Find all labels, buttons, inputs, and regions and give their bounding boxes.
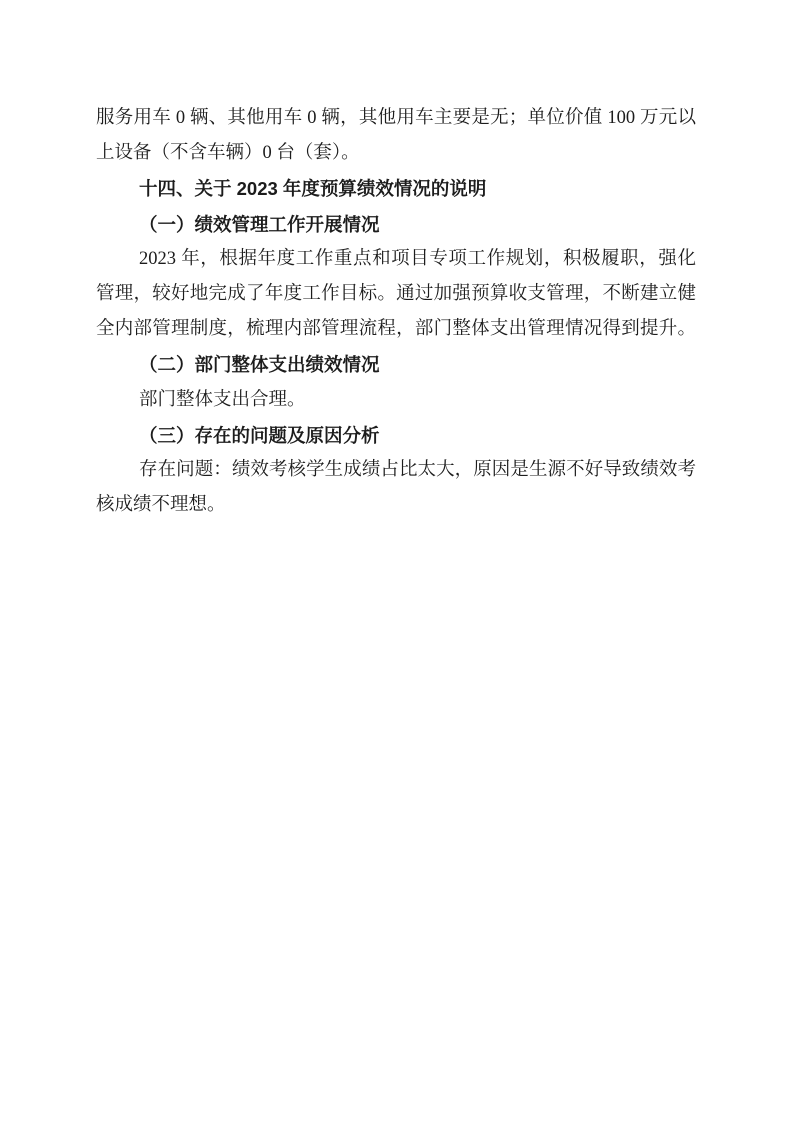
document-text-block: 服务用车 0 辆、其他用车 0 辆，其他用车主要是无；单位价值 100 万元以 … [96,101,696,523]
body-text-line-expenditure-reasonable: 部门整体支出合理。 [96,383,696,418]
subsection-heading-2-department-expenditure: （二）部门整体支出绩效情况 [96,347,696,382]
section-heading-14-budget-performance: 十四、关于 2023 年度预算绩效情况的说明 [96,171,696,206]
body-text-line-2023-work: 2023 年，根据年度工作重点和项目专项工作规划，积极履职，强化 [96,242,696,277]
body-text-line-problems: 存在问题：绩效考核学生成绩占比太大，原因是生源不好导致绩效考 [96,453,696,488]
body-text-line-vehicles: 服务用车 0 辆、其他用车 0 辆，其他用车主要是无；单位价值 100 万元以 [96,101,696,136]
body-text-line-internal-system: 全内部管理制度，梳理内部管理流程，部门整体支出管理情况得到提升。 [96,312,696,347]
subsection-heading-1-performance-management: （一）绩效管理工作开展情况 [96,207,696,242]
document-page: 服务用车 0 辆、其他用车 0 辆，其他用车主要是无；单位价值 100 万元以 … [0,0,793,1122]
body-text-line-equipment: 上设备（不含车辆）0 台（套）。 [96,136,696,171]
subsection-heading-3-problems-analysis: （三）存在的问题及原因分析 [96,418,696,453]
body-text-line-management: 管理，较好地完成了年度工作目标。通过加强预算收支管理，不断建立健 [96,277,696,312]
body-text-line-result-unsatisfactory: 核成绩不理想。 [96,488,696,523]
